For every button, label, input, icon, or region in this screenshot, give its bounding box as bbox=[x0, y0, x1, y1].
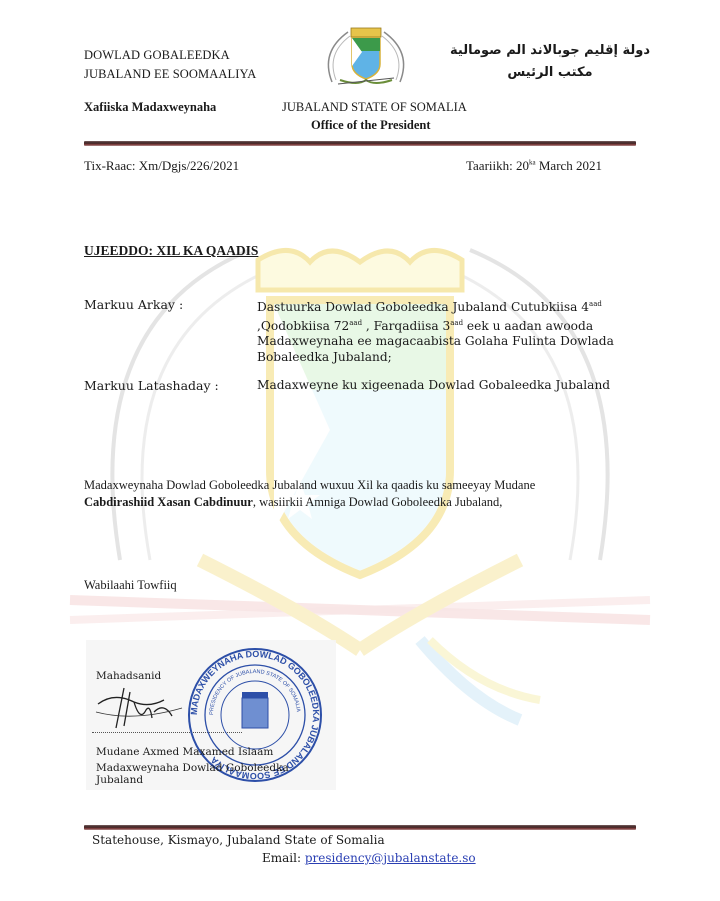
recital-line: Bobaleedka Jubaland; bbox=[257, 350, 657, 366]
letterhead-arabic-name: دولة إقليم جوبالاند الم صومالية bbox=[450, 40, 650, 62]
letterhead-english-office: Office of the President bbox=[311, 118, 431, 133]
email-label: Email: bbox=[262, 851, 305, 865]
recital-sup: aad bbox=[349, 319, 362, 327]
recital-line: Dastuurka Dowlad Goboleedka Jubaland Cut… bbox=[257, 297, 657, 316]
recital-value-arkay: Dastuurka Dowlad Goboleedka Jubaland Cut… bbox=[257, 297, 657, 365]
body-line-1: Madaxweynaha Dowlad Goboleedka Jubaland … bbox=[84, 477, 644, 494]
recital-text: eek u aadan awooda bbox=[463, 319, 593, 333]
body-line-2: Cabdirashiid Xasan Cabdinuur, wasiirkii … bbox=[84, 494, 644, 511]
letterhead-somali-line1: DOWLAD GOBALEEDKA bbox=[84, 46, 256, 65]
recital-value-latashaday: Madaxweyne ku xigeenada Dowlad Gobaleedk… bbox=[257, 378, 657, 394]
footer-address: Statehouse, Kismayo, Jubaland State of S… bbox=[92, 833, 385, 847]
handwritten-signature-icon bbox=[94, 682, 184, 734]
coat-of-arms-icon bbox=[318, 22, 414, 94]
body-line-2-rest: , wasiirkii Amniga Dowlad Goboleedka Jub… bbox=[253, 495, 503, 509]
signatory-name: Mudane Axmed Maxamed Islaam bbox=[96, 746, 273, 758]
header-divider bbox=[84, 141, 636, 146]
footer-divider bbox=[84, 825, 636, 830]
official-name: Cabdirashiid Xasan Cabdinuur bbox=[84, 495, 253, 509]
recital-line: Madaxweynaha ee magacaabista Golaha Fuli… bbox=[257, 334, 657, 350]
signature-block: Mahadsanid MADAXWEYNAHA DOWLAD GOBOLEEDK… bbox=[86, 640, 336, 790]
recital-label-arkay: Markuu Arkay : bbox=[84, 297, 183, 312]
recital-label-latashaday: Markuu Latashaday : bbox=[84, 378, 219, 393]
recital-sup: aad bbox=[589, 300, 602, 308]
signature-thanks: Mahadsanid bbox=[96, 670, 161, 682]
body-paragraph: Madaxweynaha Dowlad Goboleedka Jubaland … bbox=[84, 477, 644, 511]
subject-heading: UJEEDDO: XIL KA QAADIS bbox=[84, 243, 258, 259]
recital-line: Madaxweyne ku xigeenada Dowlad Gobaleedk… bbox=[257, 378, 657, 394]
recital-text: ,Qodobkiisa 72 bbox=[257, 319, 349, 333]
letterhead-english-name: JUBALAND STATE OF SOMALIA bbox=[282, 100, 467, 115]
letterhead-somali-office: Xafiiska Madaxweynaha bbox=[84, 100, 216, 115]
date-rest: March 2021 bbox=[536, 158, 602, 173]
letterhead-somali-line2: JUBALAND EE SOOMAALIYA bbox=[84, 65, 256, 84]
signatory-title: Madaxweynaha Dowlad Goboleedka Jubaland bbox=[96, 762, 336, 786]
recital-line: ,Qodobkiisa 72aad , Farqadiisa 3aad eek … bbox=[257, 316, 657, 335]
recital-sup: aad bbox=[450, 319, 463, 327]
date-prefix: Taariikh: 20 bbox=[466, 158, 529, 173]
reference-number: Tix-Raac: Xm/Dgjs/226/2021 bbox=[84, 158, 239, 174]
date-suffix: ka bbox=[529, 159, 536, 167]
letterhead-arabic: دولة إقليم جوبالاند الم صومالية مكتب الر… bbox=[450, 40, 650, 84]
recital-text: Dastuurka Dowlad Goboleedka Jubaland Cut… bbox=[257, 300, 589, 314]
closing-phrase: Wabilaahi Towfiiq bbox=[84, 578, 177, 593]
letterhead-somali-name: DOWLAD GOBALEEDKA JUBALAND EE SOOMAALIYA bbox=[84, 46, 256, 84]
footer-email: Email: presidency@jubalanstate.so bbox=[262, 851, 476, 865]
letter-date: Taariikh: 20ka March 2021 bbox=[466, 158, 602, 174]
recital-text: , Farqadiisa 3 bbox=[362, 319, 450, 333]
email-link[interactable]: presidency@jubalanstate.so bbox=[305, 851, 476, 865]
letterhead-arabic-office: مكتب الرئيس bbox=[450, 62, 650, 84]
